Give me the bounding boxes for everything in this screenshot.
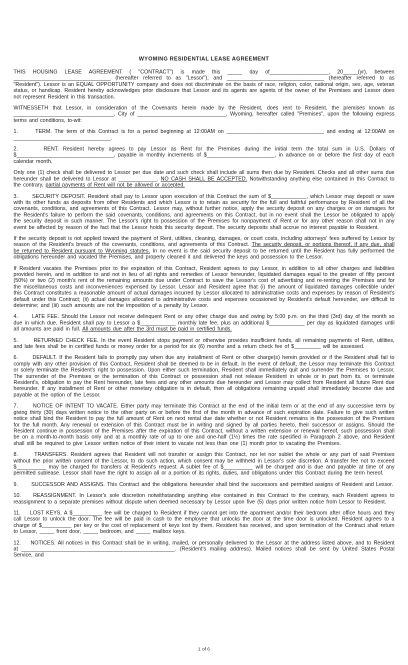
lease-document-page: WYOMING RESIDENTIAL LEASE AGREEMENT THIS… [0, 0, 408, 665]
text-segment: WITNESSETH that Lessor, in consideration… [14, 105, 395, 123]
section-1-term: 1. TERM. The term of this Contract is fo… [14, 129, 395, 141]
section-5-returned-check-fee: 5. RETURNED CHECK FEE. In the event Resi… [14, 337, 395, 349]
document-title: WYOMING RESIDENTIAL LEASE AGREEMENT [14, 56, 395, 62]
section-2-rent: 2. RENT. Resident hereby agrees to pay L… [14, 146, 395, 165]
section-11-lost-keys: 11. LOST KEYS. A $__________ fee will be… [14, 510, 395, 535]
text-segment: 9. SUCCESSOR AND ASSIGNS. This Contract … [14, 481, 394, 487]
text-segment: THIS HOUSING LEASE AGREEMENT ( "CONTRACT… [14, 69, 395, 100]
section-4-late-fee: 4. LATE FEE. Should the Lessor not recei… [14, 314, 395, 333]
text-segment: 11. LOST KEYS. A $__________ fee will be… [14, 510, 395, 535]
text-segment: 5. RETURNED CHECK FEE. In the event Resi… [14, 337, 395, 349]
section-12-notices: 12. NOTICES. All notices in this Contrac… [14, 540, 395, 559]
document-body: THIS HOUSING LEASE AGREEMENT ( "CONTRACT… [14, 69, 395, 558]
text-segment: 12. NOTICES. All notices in this Contrac… [14, 540, 395, 558]
text-segment: 6. DEFAULT. If the Resident fails to pro… [14, 355, 395, 398]
text-segment: 1. TERM. The term of this Contract is fo… [14, 129, 395, 141]
rent-delivery-clause: Only one (1) check shall be delivered to… [14, 170, 395, 189]
early-vacate-liquidated-damages-clause: If Resident vacates the Premises prior t… [14, 265, 395, 308]
section-10-reassignment: 10. REASSIGNMENT. In Lessor's sole discr… [14, 493, 395, 505]
section-8-transfers: 8. TRANSFERS. Resident agrees that Resid… [14, 452, 395, 477]
section-6-default: 6. DEFAULT. If the Resident fails to pro… [14, 355, 395, 398]
underlined-text: partial payments of Rent will not be all… [46, 182, 185, 188]
security-deposit-return-clause: If the security deposit is not applied t… [14, 235, 395, 260]
section-9-successor-and-assigns: 9. SUCCESSOR AND ASSIGNS. This Contract … [14, 481, 395, 487]
text-segment: If Resident vacates the Premises prior t… [14, 265, 395, 308]
page-number: 1 of 6 [0, 647, 408, 653]
witnesseth-clause: WITNESSETH that Lessor, in consideration… [14, 105, 395, 124]
underlined-text: All amounts due after the 3rd must be pa… [82, 326, 232, 332]
text-segment: 3. SECURITY DEPOSIT. Resident shall pay … [14, 193, 395, 230]
text-segment: 10. REASSIGNMENT. In Lessor's sole discr… [14, 493, 395, 505]
intro-clause: THIS HOUSING LEASE AGREEMENT ( "CONTRACT… [14, 69, 395, 100]
text-segment: 8. TRANSFERS. Resident agrees that Resid… [14, 452, 395, 477]
section-7-notice-of-intent-to-vacate: 7. NOTICE OF INTENT TO VACATE. Either pa… [14, 403, 395, 446]
text-segment: 2. RENT. Resident hereby agrees to pay L… [14, 146, 395, 164]
text-segment: 7. NOTICE OF INTENT TO VACATE. Either pa… [14, 403, 395, 446]
underlined-text: NO CASH SHALL BE ACCEPTED. [161, 176, 247, 182]
section-3-security-deposit: 3. SECURITY DEPOSIT. Resident shall pay … [14, 193, 395, 230]
